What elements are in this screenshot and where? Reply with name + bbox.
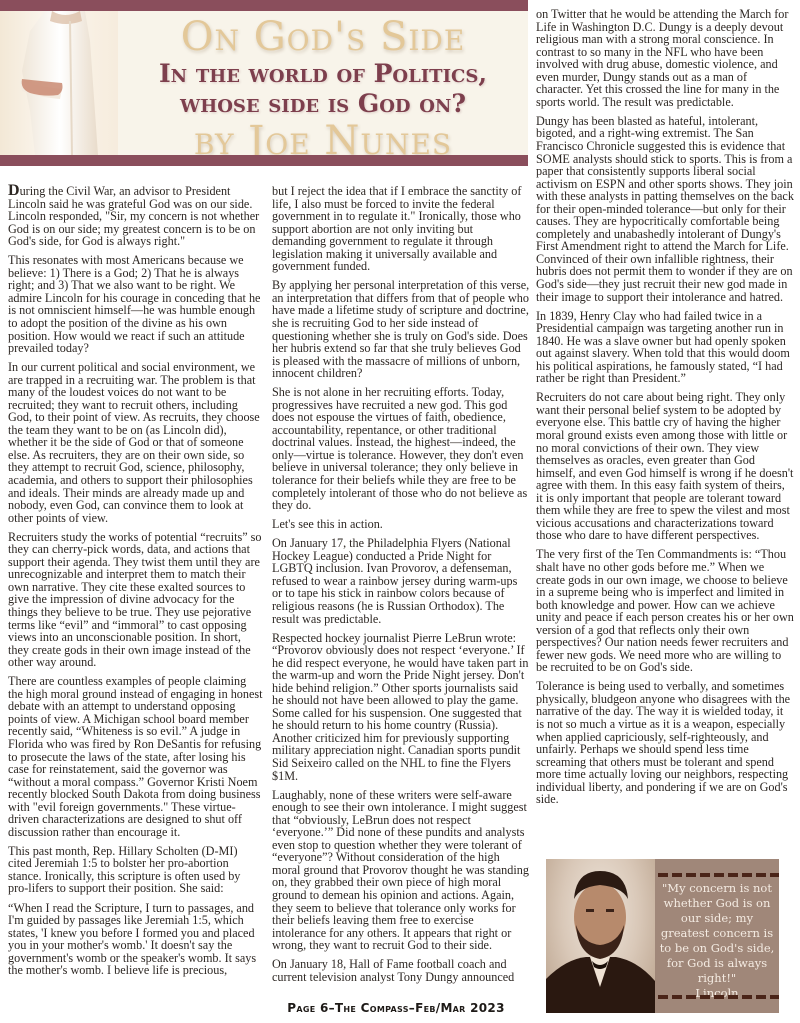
paragraph: On January 18, Hall of Fame football coa…: [272, 958, 530, 983]
paragraph: The very first of the Ten Commandments i…: [536, 548, 794, 673]
robed-figure-image: [0, 11, 118, 155]
paragraph: Dungy has been blasted as hateful, intol…: [536, 115, 794, 303]
paragraph: Laughably, none of these writers were se…: [272, 789, 530, 952]
paragraph: In our current political and social envi…: [8, 361, 263, 524]
paragraph: Let's see this in action.: [272, 518, 530, 531]
paragraph: In 1839, Henry Clay who had failed twice…: [536, 310, 794, 385]
paragraph: on Twitter that he would be attending th…: [536, 8, 794, 108]
paragraph: This past month, Rep. Hillary Scholten (…: [8, 845, 263, 895]
paragraph: By applying her personal interpretation …: [272, 279, 530, 379]
paragraph: but I reject the idea that if I embrace …: [272, 185, 530, 273]
robed-figure-icon: [0, 11, 118, 155]
page-footer-text: Page 6–The Compass–Feb/Mar 2023: [287, 1001, 504, 1015]
paragraph: Tolerance is being used to verbally, and…: [536, 680, 794, 805]
article-subtitle-line1: In the world of Politics,: [118, 59, 528, 89]
dashed-rule-top: [658, 873, 779, 877]
article-column-1: During the Civil War, an advisor to Pres…: [8, 185, 263, 983]
paragraph: She is not alone in her recruiting effor…: [272, 386, 530, 511]
article-title: On God's Side: [118, 17, 528, 57]
lincoln-portrait: [546, 859, 655, 1013]
banner-top-bar: [0, 0, 528, 11]
lincoln-portrait-icon: [546, 859, 655, 1013]
paragraph: During the Civil War, an advisor to Pres…: [8, 185, 263, 248]
article-column-3: on Twitter that he would be attending th…: [536, 8, 794, 812]
paragraph: There are countless examples of people c…: [8, 675, 263, 838]
paragraph: On January 17, the Philadelphia Flyers (…: [272, 537, 530, 625]
paragraph: This resonates with most Americans becau…: [8, 254, 263, 354]
page-footer: Page 6–The Compass–Feb/Mar 2023: [0, 1001, 800, 1015]
quote-text: "My concern is not whether God is on our…: [660, 881, 775, 985]
dashed-rule-bottom: [658, 995, 779, 999]
paragraph: Recruiters study the works of potential …: [8, 531, 263, 669]
paragraph: Recruiters do not care about being right…: [536, 391, 794, 542]
article-banner: On God's Side In the world of Politics, …: [0, 0, 528, 166]
banner-bottom-bar: [0, 155, 528, 166]
article-column-2: but I reject the idea that if I embrace …: [272, 185, 530, 990]
banner-titles: On God's Side In the world of Politics, …: [118, 11, 528, 155]
lincoln-quote-callout: "My concern is not whether God is on our…: [546, 859, 779, 1013]
paragraph: Respected hockey journalist Pierre LeBru…: [272, 632, 530, 783]
article-subtitle-line2: whose side is God on?: [118, 89, 528, 119]
paragraph: “When I read the Scripture, I turn to pa…: [8, 902, 263, 977]
callout-quote: "My concern is not whether God is on our…: [656, 881, 778, 1001]
